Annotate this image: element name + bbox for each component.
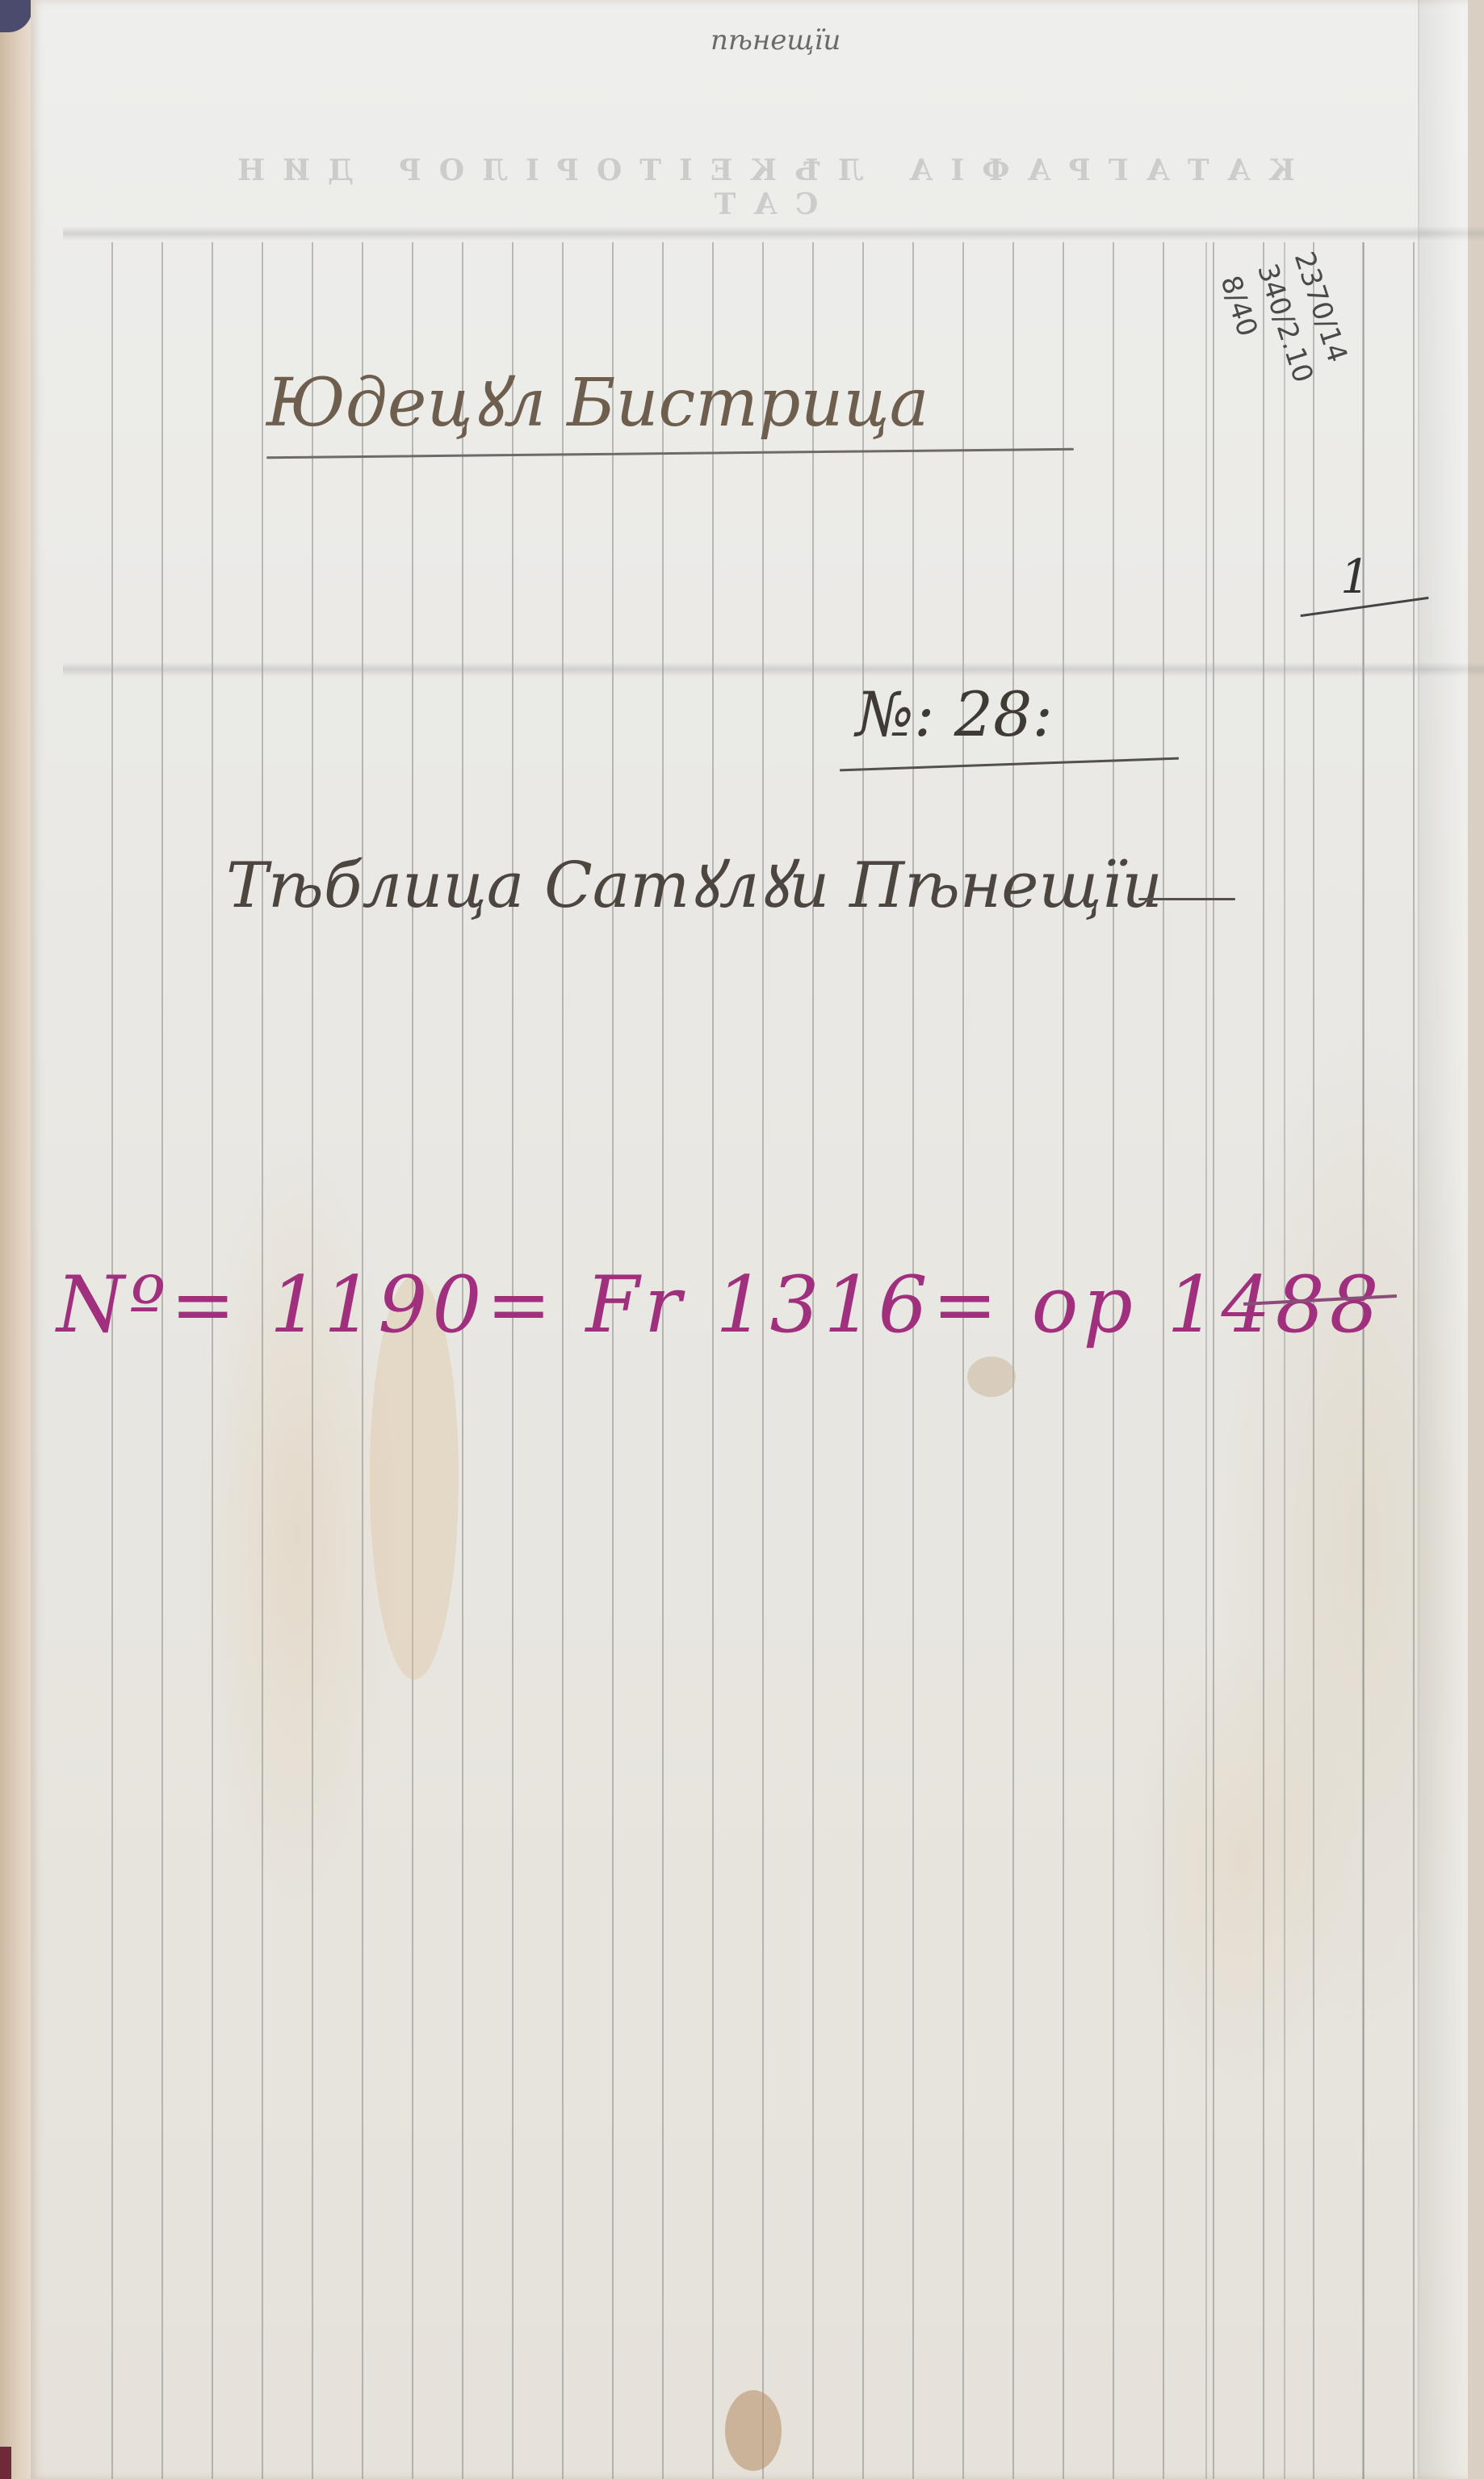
register-number: №: 28:	[856, 678, 1053, 750]
page-number: 1	[1340, 549, 1370, 604]
ink-stain	[725, 2390, 782, 2471]
page-edge-right	[1418, 0, 1468, 2479]
bleed-through-title: КАТАГРАФІА ЛѢКЕІТОРІЛОР ДИН САТ	[152, 153, 1363, 221]
header-rule-bottom	[63, 662, 1484, 677]
ruled-columns-right	[1129, 242, 1436, 2479]
book-binding	[0, 0, 32, 2479]
village-table-title: Тѣблица Сатꙋлꙋи Пѣнещїи	[226, 840, 1163, 925]
title-flourish	[1138, 898, 1235, 900]
county-heading: Юдецꙋл Бистрица	[266, 355, 929, 446]
top-note: пѣнещїи	[711, 24, 841, 57]
paper-spot	[967, 1357, 1016, 1397]
cover-cloth-bottom	[0, 2447, 11, 2479]
header-rule-top	[63, 226, 1484, 241]
archive-reference: Nº= 1190= Fr 1316= op 1488	[57, 1260, 1384, 1350]
